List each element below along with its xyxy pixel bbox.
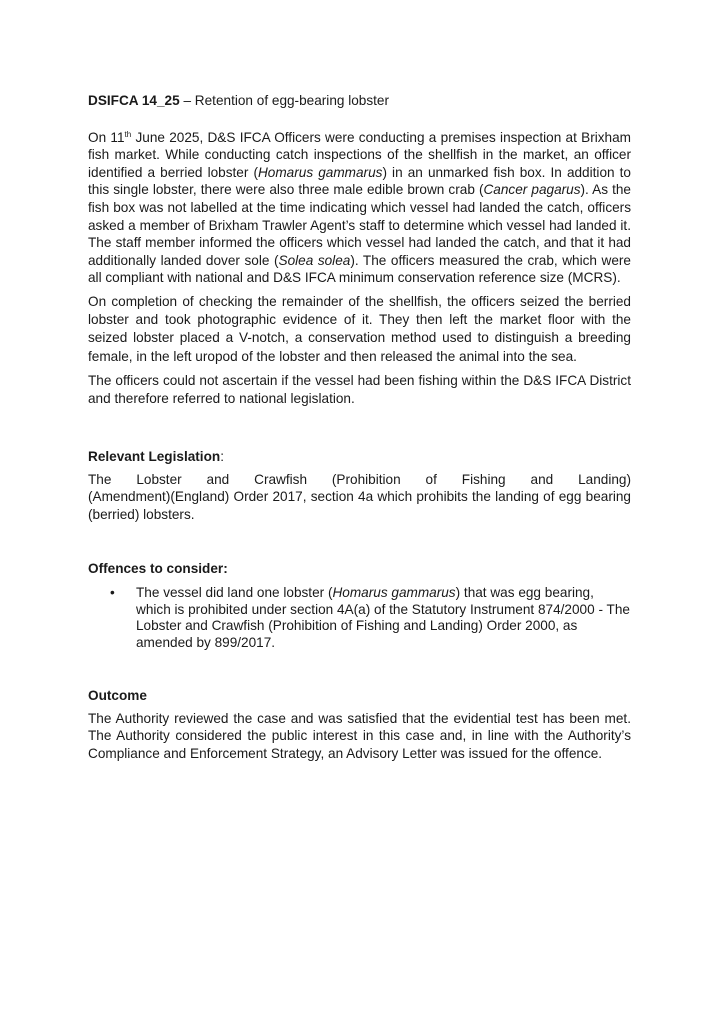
document-page: DSIFCA 14_25 – Retention of egg-bearing …: [88, 92, 631, 762]
heading-text: Relevant Legislation: [88, 449, 220, 464]
jurisdiction-paragraph: The officers could not ascertain if the …: [88, 372, 631, 408]
outcome-heading: Outcome: [88, 687, 631, 705]
outcome-text: The Authority reviewed the case and was …: [88, 710, 631, 762]
text: On 11: [88, 130, 125, 145]
case-subject: Retention of egg-bearing lobster: [195, 93, 389, 108]
legislation-line: (Amendment)(England) Order 2017, section…: [88, 489, 631, 522]
incident-paragraph: On 11th June 2025, D&S IFCA Officers wer…: [88, 129, 631, 287]
legislation-heading: Relevant Legislation:: [88, 448, 631, 466]
legislation-text: The Lobster and Crawfish (Prohibition of…: [88, 471, 631, 524]
bullet-icon: •: [110, 585, 115, 602]
case-title: DSIFCA 14_25 – Retention of egg-bearing …: [88, 92, 631, 110]
species-name: Solea solea: [279, 253, 351, 268]
seizure-paragraph: On completion of checking the remainder …: [88, 293, 631, 366]
species-name: Cancer pagarus: [483, 182, 580, 197]
text: The vessel did land one lobster (: [136, 585, 332, 600]
species-name: Homarus gammarus: [332, 585, 455, 600]
title-separator: –: [180, 93, 195, 108]
offence-item: •The vessel did land one lobster (Homaru…: [136, 585, 631, 651]
case-id: DSIFCA 14_25: [88, 93, 180, 108]
offences-list: •The vessel did land one lobster (Homaru…: [88, 585, 631, 651]
heading-colon: :: [220, 449, 224, 464]
offences-heading: Offences to consider:: [88, 560, 631, 578]
species-name: Homarus gammarus: [258, 165, 382, 180]
legislation-line: The Lobster and Crawfish (Prohibition of…: [88, 471, 631, 489]
